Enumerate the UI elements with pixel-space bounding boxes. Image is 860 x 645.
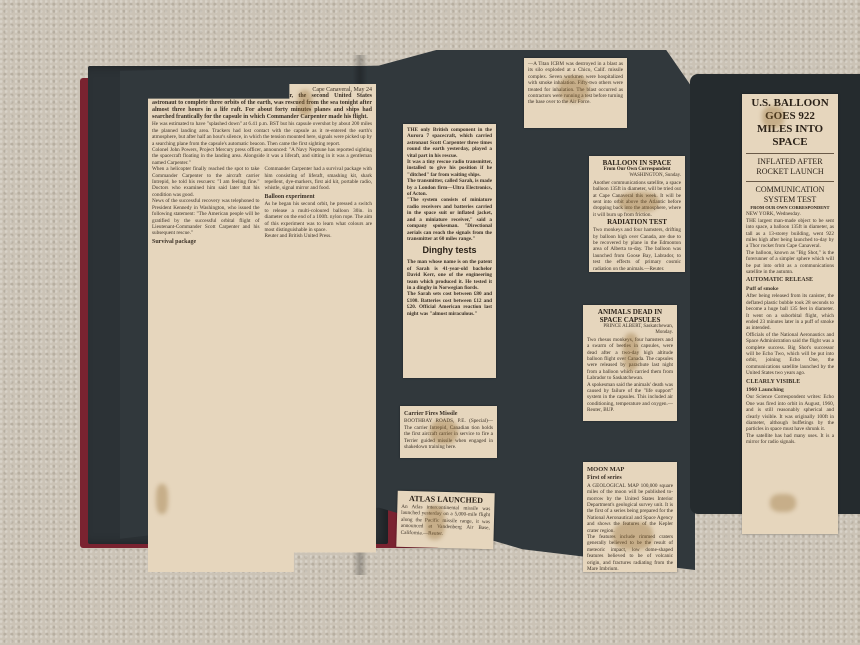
clipping-subhead: Puff of smoke <box>746 286 834 292</box>
clipping-text: The balloon, known as "Big Shot," is the… <box>746 250 834 276</box>
clipping-us-balloon: U.S. BALLOON GOES 922 MILES INTO SPACE I… <box>742 94 838 534</box>
clipping-subhead: CLEARLY VISIBLE <box>746 379 834 385</box>
clipping-deck: INFLATED AFTER ROCKET LAUNCH <box>746 153 834 177</box>
clipping-headline: U.S. BALLOON GOES 922 MILES INTO SPACE <box>746 97 834 149</box>
clipping-subhead: AUTOMATIC RELEASE <box>746 277 834 283</box>
age-stain <box>623 333 639 371</box>
clipping-subhead: Dinghy tests <box>407 245 492 256</box>
age-stain <box>762 106 784 128</box>
clipping-paragraph: Colonel John Powers, Project Mercury pre… <box>152 147 372 166</box>
clipping-text: THE largest man-made object to be sent i… <box>746 218 834 250</box>
clipping-paragraph: When a helicopter finally reached the sp… <box>152 166 260 198</box>
age-stain <box>298 90 312 116</box>
clipping-subhead: RADIATION TEST <box>593 218 681 227</box>
clipping-subhead: First of series <box>587 475 673 481</box>
clipping-carrier-missile: Carrier Fires Missile BOOTHBAY ROADS, P.… <box>400 406 497 458</box>
clipping-subhead: Balloon experiment <box>265 194 373 200</box>
clipping-text: A spokesman said the animals' death was … <box>587 382 673 414</box>
clipping-headline: Carrier Fires Missile <box>404 411 493 417</box>
clipping-paragraph: He was estimated to have "splashed down"… <box>152 121 372 147</box>
clipping-credit: Reuter and British United Press. <box>265 233 373 239</box>
age-stain <box>770 494 796 512</box>
clipping-lead: THE only British component in the Aurora… <box>407 127 492 159</box>
clipping-text: Our Science Correspondent writes: Echo O… <box>746 394 834 432</box>
clipping-headline: ANIMALS DEAD IN SPACE CAPSULES <box>587 308 673 324</box>
clipping-animals-dead: ANIMALS DEAD IN SPACE CAPSULES PRINCE AL… <box>583 305 677 421</box>
clipping-carpenter-rescue: Cape Canaveral, May 24 Lieutenant-Comman… <box>148 84 376 572</box>
clipping-paragraph: "The system consists of miniature radio … <box>407 197 492 242</box>
age-stain <box>424 505 445 540</box>
clipping-text: Officials of the National Aeronautics an… <box>746 332 834 377</box>
clipping-paragraph: The man whose name is on the patent of S… <box>407 259 492 291</box>
clipping-subhead: Survival package <box>152 239 260 245</box>
age-stain <box>156 484 168 514</box>
clipping-headline: BALLOON IN SPACE <box>593 159 681 167</box>
clipping-text: An Atlas intercontinental missile was la… <box>401 504 491 538</box>
clipping-paragraph: It was a tiny rescue radio transmitter, … <box>407 159 492 178</box>
clipping-moon-map: MOON MAP First of series A GEOLOGICAL MA… <box>583 462 677 572</box>
clipping-deck: COMMUNICATION SYSTEM TEST <box>746 181 834 205</box>
clipping-paragraph: The Sarah sets cost between £80 and £100… <box>407 291 492 317</box>
clipping-headline: MOON MAP <box>587 467 673 473</box>
clipping-titan-icbm: —A Titan ICBM was destroyed in a blast a… <box>524 58 627 128</box>
clipping-sarah-transmitter: THE only British component in the Aurora… <box>403 124 496 378</box>
clipping-paragraph: Commander Carpenter had a survival packa… <box>265 166 373 192</box>
clipping-paragraph: As he began his second orbit, he pressed… <box>265 201 373 233</box>
age-stain <box>619 192 659 212</box>
age-stain <box>613 522 653 550</box>
clipping-text: The satellite has had many uses. It is a… <box>746 433 834 446</box>
clipping-text: Two monkeys and four hamsters, drifting … <box>593 227 681 272</box>
clipping-atlas-launched: ATLAS LAUNCHED An Atlas intercontinental… <box>396 491 494 550</box>
clipping-columns: When a helicopter finally reached the sp… <box>152 166 372 245</box>
clipping-subhead: 1960 Launching <box>746 387 834 393</box>
age-stain <box>430 420 458 444</box>
clipping-text: After being released from its canister, … <box>746 293 834 331</box>
clipping-paragraph: News of the successful recovery was tele… <box>152 198 260 236</box>
age-stain <box>559 76 589 102</box>
clipping-balloon-in-space: BALLOON IN SPACE From Our Own Correspond… <box>589 156 685 272</box>
clipping-paragraph: The transmitter, called Sarah, is made b… <box>407 178 492 197</box>
